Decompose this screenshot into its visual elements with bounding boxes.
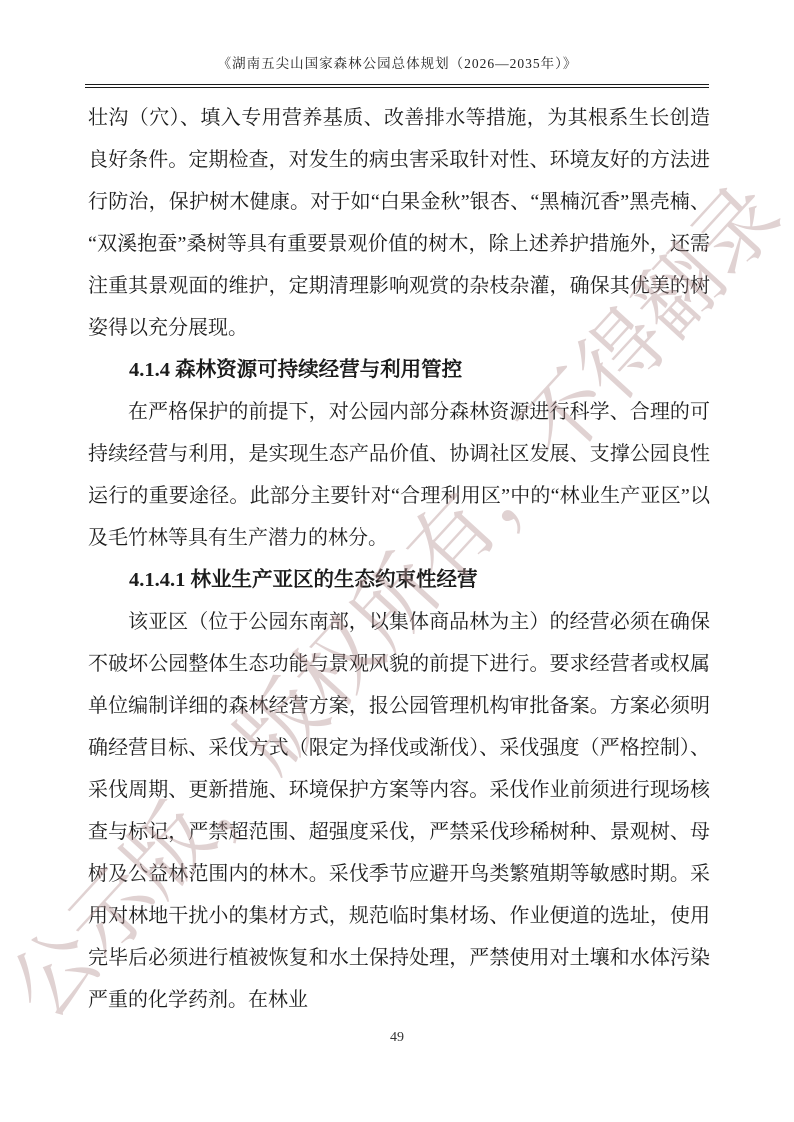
- section-heading-4-1-4-1: 4.1.4.1 林业生产亚区的生态约束性经营: [88, 559, 710, 601]
- section-heading-4-1-4: 4.1.4 森林资源可持续经营与利用管控: [88, 349, 710, 391]
- page-header-title: 《湖南五尖山国家森林公园总体规划（2026—2035年）》: [85, 52, 710, 72]
- paragraph-overview: 在严格保护的前提下，对公园内部分森林资源进行科学、合理的可持续经营与利用，是实现…: [88, 391, 710, 559]
- page-number: 49: [0, 1030, 794, 1046]
- header-divider-rule: [85, 84, 709, 88]
- paragraph-continuation: 壮沟（穴）、填入专用营养基质、改善排水等措施，为其根系生长创造良好条件。定期检查…: [88, 97, 710, 349]
- document-body: 壮沟（穴）、填入专用营养基质、改善排水等措施，为其根系生长创造良好条件。定期检查…: [88, 97, 710, 1021]
- paragraph-subzone-management: 该亚区（位于公园东南部，以集体商品林为主）的经营必须在确保不破坏公园整体生态功能…: [88, 601, 710, 1021]
- document-page: 《湖南五尖山国家森林公园总体规划（2026—2035年）》 公示版，版权所有，不…: [0, 0, 794, 1122]
